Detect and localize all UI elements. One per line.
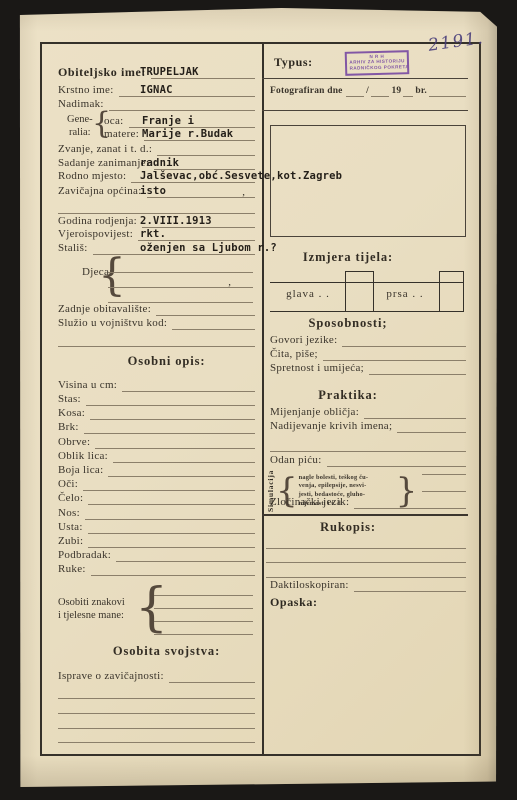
home-municipality-value: isto: [140, 185, 166, 197]
blank-line: [58, 713, 255, 714]
stamp-line-3: RADNIČKOG POKRETA: [349, 65, 404, 72]
head-measure-label: glava . .: [274, 288, 342, 300]
field-teeth: Zubi:: [58, 535, 255, 548]
typus-label: Typus:: [274, 56, 318, 69]
field-mouth: Usta:: [58, 521, 255, 534]
abilities-heading: Sposobnosti;: [270, 316, 464, 331]
current-occupation-value: radnik: [140, 157, 179, 169]
field-drink: Odan piću:: [270, 454, 466, 467]
field-face-shape: Oblik lica:: [58, 450, 255, 463]
field-hands: Ruke:: [58, 563, 255, 576]
photographed-label: Fotografiran dne: [270, 85, 346, 97]
form-paper: Obiteljsko ime: TRUPELJAK Krstno ime: IG…: [18, 8, 497, 787]
field-eyes: Oči:: [58, 478, 255, 491]
occupation-trade-label: Zvanje, zanat i t. d.:: [58, 143, 157, 156]
chest-measure-box: [439, 271, 464, 312]
field-family-name: Obiteljsko ime: TRUPELJAK: [58, 66, 255, 79]
field-nickname: Nadimak:: [58, 98, 255, 111]
blank-line: [58, 742, 255, 743]
home-municipality-label: Zavičajna općina:: [58, 185, 147, 198]
military-service-label: Služio u vojništvu kod:: [58, 317, 172, 330]
field-nose: Nos:: [58, 507, 255, 520]
field-eyebrows: Obrve:: [58, 436, 255, 449]
photographed-number-label: br.: [413, 85, 429, 97]
handwritten-file-number: 2191.: [427, 28, 485, 56]
field-moustache: Brk:: [58, 421, 255, 434]
field-religion: Vjeroispovijest: rkt.: [58, 228, 255, 241]
chest-measure-label: prsa . .: [373, 288, 437, 300]
field-home-municipality: Zavičajna općina: isto ,: [58, 185, 255, 198]
nickname-label: Nadimak:: [58, 98, 109, 111]
remark-label: Opaska:: [270, 596, 323, 609]
citizenship-documents-label: Isprave o zavičajnosti:: [58, 670, 169, 683]
section-rule: [262, 514, 468, 516]
field-fingerprinted: Daktiloskopiran:: [270, 579, 466, 592]
birthplace-value: Jalševac,obć.Sesvete,kot.Zagreb: [140, 170, 342, 182]
field-forehead: Čelo:: [58, 492, 255, 505]
field-citizenship-documents: Isprave o zavičajnosti:: [58, 670, 255, 683]
father-label: oca:: [104, 115, 129, 128]
children-line-2: ,: [108, 275, 253, 288]
blank-line: [266, 548, 466, 549]
first-name-line: [119, 83, 255, 97]
blank-line: [58, 728, 255, 729]
photographed-year-prefix: 19: [389, 85, 403, 97]
field-disguise: Mijenjanje obličja:: [270, 406, 466, 419]
marital-status-value: oženjen sa Ljubom r.?: [140, 242, 277, 254]
field-build: Stas:: [58, 393, 255, 406]
field-false-names: Nadijevanje krivih imena;: [270, 420, 466, 433]
head-measure-box: [345, 271, 374, 312]
field-hair: Kosa:: [58, 407, 255, 420]
section-rule: [262, 110, 468, 111]
body-measurement-heading: Izmjera tijela:: [270, 250, 464, 265]
special-traits-heading: Osobita svojstva:: [58, 644, 255, 659]
photographed-slash: /: [364, 85, 371, 97]
field-military-service: Služio u vojništvu kod:: [58, 317, 255, 330]
field-marital-status: Stališ: oženjen sa Ljubom r.?: [58, 242, 255, 255]
last-residence-line: [156, 302, 255, 316]
field-complexion: Boja lica:: [58, 464, 255, 477]
personal-description-heading: Osobni opis:: [58, 354, 255, 369]
field-photographed: Fotografiran dne / 19 br.: [270, 85, 466, 97]
field-birthplace: Rodno mjesto: Jalševac,obć.Sesvete,kot.Z…: [58, 170, 255, 183]
birthplace-label: Rodno mjesto:: [58, 170, 131, 183]
occupation-trade-line: [157, 142, 255, 156]
field-criminal-language: Zločinački jezik:: [270, 496, 466, 509]
birth-date-value: 2.VIII.1913: [140, 215, 212, 227]
field-last-residence: Zadnje obitavalište:: [58, 303, 255, 316]
nickname-line: [109, 97, 255, 111]
handwriting-heading: Rukopis:: [270, 520, 464, 535]
first-name-value: IGNAC: [140, 84, 173, 96]
special-marks-line-4: [154, 622, 253, 635]
blank-line: [58, 698, 255, 699]
marital-status-label: Stališ:: [58, 242, 93, 255]
mother-label: matere:: [104, 128, 144, 141]
children-line-1: [108, 260, 253, 273]
first-name-label: Krstno ime:: [58, 84, 119, 97]
field-first-name: Krstno ime: IGNAC: [58, 84, 255, 97]
children-separator: ,: [228, 276, 231, 288]
last-residence-label: Zadnje obitavalište:: [58, 303, 156, 316]
blank-line: [266, 562, 466, 563]
special-marks-label: Osobiti znakovi i tjelesne mane:: [58, 597, 134, 622]
field-languages: Govori jezike:: [270, 334, 466, 347]
form-frame: Obiteljsko ime: TRUPELJAK Krstno ime: IG…: [40, 42, 481, 756]
practice-heading: Praktika:: [270, 388, 464, 403]
generalia-label: Gene- ralia:: [67, 114, 93, 139]
field-height: Visina u cm:: [58, 379, 255, 392]
blank-line: [270, 451, 466, 452]
archive-stamp: N R H ARHIV ZA HISTORIJU RADNIČKOG POKRE…: [345, 50, 410, 76]
military-service-line: [172, 316, 255, 330]
family-name-value: TRUPELJAK: [140, 66, 199, 78]
field-occupation-trade: Zvanje, zanat i t. d.:: [58, 143, 255, 156]
field-skills: Spretnost i umijeća;: [270, 362, 466, 375]
home-municipality-separator: ,: [242, 186, 245, 198]
field-reads-writes: Čita, piše;: [270, 348, 466, 361]
family-name-label: Obiteljsko ime:: [58, 66, 151, 79]
field-chin: Podbradak:: [58, 549, 255, 562]
religion-value: rkt.: [140, 228, 166, 240]
religion-label: Vjeroispovijest:: [58, 228, 138, 241]
mother-value: Marije r.Budak: [142, 128, 233, 140]
blank-line: [58, 346, 255, 347]
column-divider: [262, 44, 264, 754]
birth-date-label: Godina rodjenja:: [58, 215, 142, 228]
field-mother: matere: Marije r.Budak: [104, 128, 255, 141]
section-rule: [262, 78, 468, 79]
father-value: Franje i: [142, 115, 194, 127]
measurement-table: glava . . prsa . .: [270, 271, 464, 312]
